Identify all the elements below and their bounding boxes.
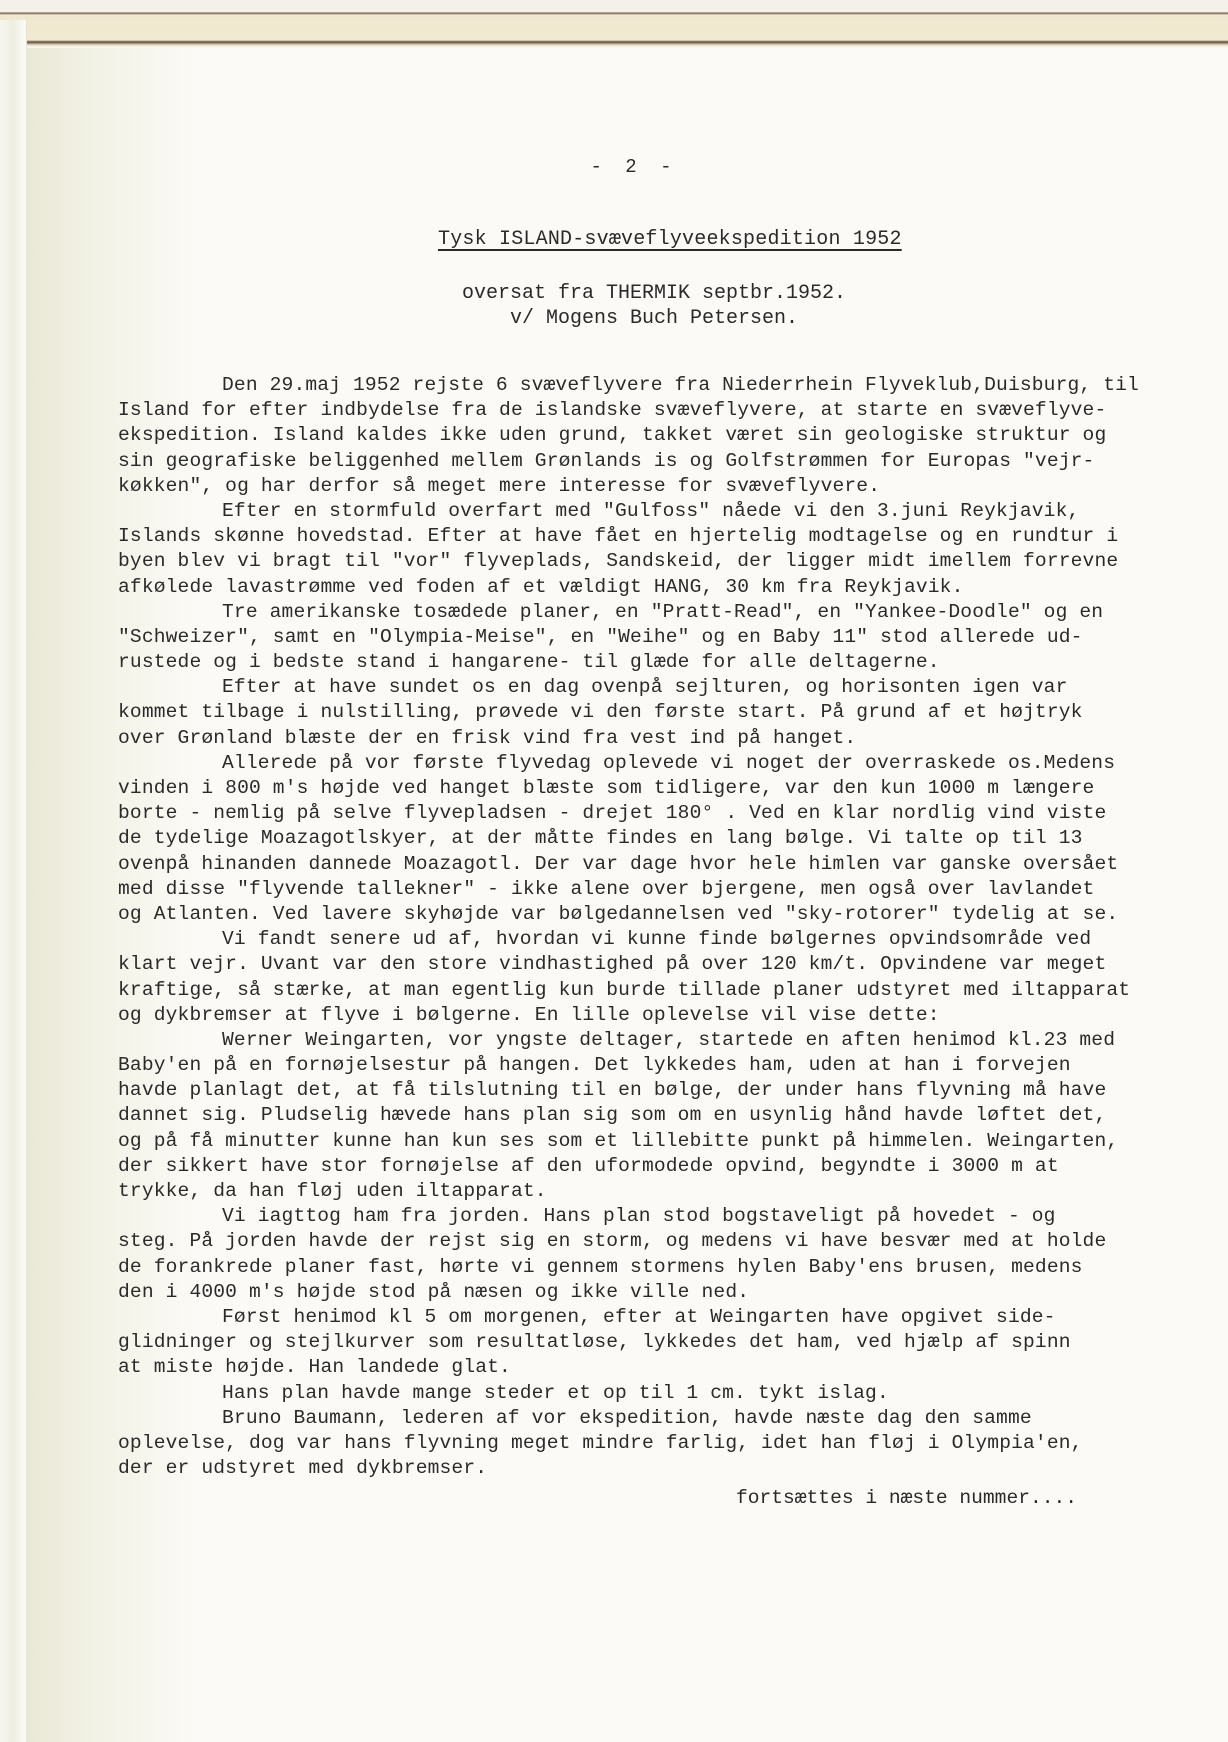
body-line: Den 29.maj 1952 rejste 6 svæveflyvere fr…	[118, 373, 1228, 398]
body-line: der sikkert have stor fornøjelse af den …	[118, 1154, 1228, 1179]
body-line: de forankrede planer fast, hørte vi genn…	[118, 1255, 1228, 1280]
body-line: med disse "flyvende tallekner" - ikke al…	[118, 877, 1228, 902]
body-line: "Schweizer", samt en "Olympia-Meise", en…	[118, 625, 1228, 650]
body-line: byen blev vi bragt til "vor" flyveplads,…	[118, 549, 1228, 574]
body-line: og på få minutter kunne han kun ses som …	[118, 1129, 1228, 1154]
body-line: klart vejr. Uvant var den store vindhast…	[118, 952, 1228, 977]
article-body: Den 29.maj 1952 rejste 6 svæveflyvere fr…	[118, 373, 1228, 1481]
body-line: at miste højde. Han landede glat.	[118, 1355, 1228, 1380]
body-line: dannet sig. Pludselig hævede hans plan s…	[118, 1103, 1228, 1128]
body-line: kraftige, så stærke, at man egentlig kun…	[118, 978, 1228, 1003]
body-line: glidninger og stejlkurver som resultatlø…	[118, 1330, 1228, 1355]
document-page: - 2 - Tysk ISLAND-svæveflyveekspedition …	[0, 0, 1228, 1742]
body-line: de tydelige Moazagotlskyer, at der måtte…	[118, 826, 1228, 851]
body-line: oplevelse, dog var hans flyvning meget m…	[118, 1431, 1228, 1456]
body-line: over Grønland blæste der en frisk vind f…	[118, 726, 1228, 751]
body-line: Tre amerikanske tosædede planer, en "Pra…	[118, 600, 1228, 625]
body-line: Werner Weingarten, vor yngste deltager, …	[118, 1028, 1228, 1053]
page-number: - 2 -	[0, 156, 1228, 178]
body-line: den i 4000 m's højde stod på næsen og ik…	[118, 1280, 1228, 1305]
body-line: vinden i 800 m's højde ved hanget blæste…	[118, 776, 1228, 801]
body-line: Efter at have sundet os en dag ovenpå se…	[118, 675, 1228, 700]
body-line: steg. På jorden havde der rejst sig en s…	[118, 1229, 1228, 1254]
body-line: sin geografiske beliggenhed mellem Grønl…	[118, 449, 1228, 474]
body-line: ovenpå hinanden dannede Moazagotl. Der v…	[118, 852, 1228, 877]
body-line: Først henimod kl 5 om morgenen, efter at…	[118, 1305, 1228, 1330]
body-line: der er udstyret med dykbremser.	[118, 1456, 1228, 1481]
body-line: kommet tilbage i nulstilling, prøvede vi…	[118, 700, 1228, 725]
continuation-note: fortsættes i næste nummer....	[736, 1487, 1077, 1509]
body-line: og dykbremser at flyve i bølgerne. En li…	[118, 1003, 1228, 1028]
body-line: Vi fandt senere ud af, hvordan vi kunne …	[118, 927, 1228, 952]
body-line: Vi iagttog ham fra jorden. Hans plan sto…	[118, 1204, 1228, 1229]
body-line: Efter en stormfuld overfart med "Gulfoss…	[118, 499, 1228, 524]
body-line: afkølede lavastrømme ved foden af et væl…	[118, 575, 1228, 600]
body-line: havde planlagt det, at få tilslutning ti…	[118, 1078, 1228, 1103]
body-line: trykke, da han fløj uden iltapparat.	[118, 1179, 1228, 1204]
body-line: Hans plan havde mange steder et op til 1…	[118, 1381, 1228, 1406]
translation-source: oversat fra THERMIK septbr.1952.	[0, 282, 1228, 305]
body-line: Island for efter indbydelse fra de islan…	[118, 398, 1228, 423]
article-title: Tysk ISLAND-svæveflyveekspedition 1952	[438, 228, 902, 251]
body-line: køkken", og har derfor så meget mere int…	[118, 474, 1228, 499]
body-line: Islands skønne hovedstad. Efter at have …	[118, 524, 1228, 549]
body-line: Bruno Baumann, lederen af vor ekspeditio…	[118, 1406, 1228, 1431]
body-line: rustede og i bedste stand i hangarene- t…	[118, 650, 1228, 675]
body-line: ekspedition. Island kaldes ikke uden gru…	[118, 423, 1228, 448]
body-line: Baby'en på en fornøjelsestur på hangen. …	[118, 1053, 1228, 1078]
body-line: og Atlanten. Ved lavere skyhøjde var bøl…	[118, 902, 1228, 927]
body-line: borte - nemlig på selve flyvepladsen - d…	[118, 801, 1228, 826]
body-line: Allerede på vor første flyvedag oplevede…	[118, 751, 1228, 776]
translator-credit: v/ Mogens Buch Petersen.	[0, 307, 1228, 330]
